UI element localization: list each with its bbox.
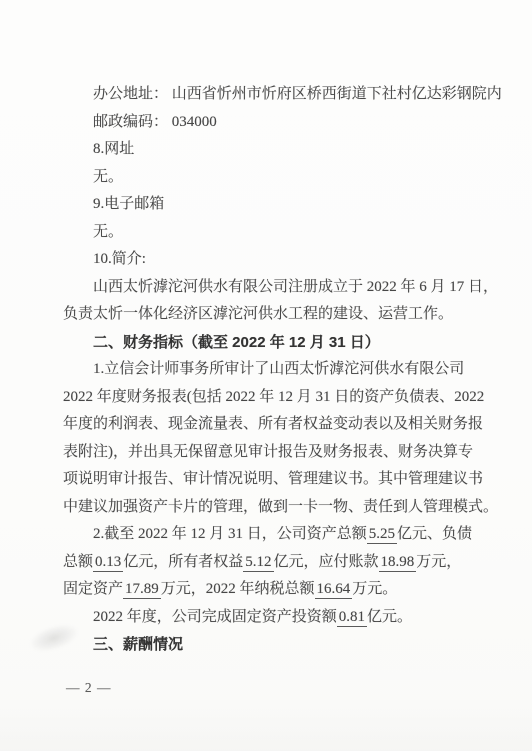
text-segment: 总额 bbox=[63, 554, 93, 570]
text-segment: 山西太忻滹沱河供水有限公司注册成立于 2022 年 6 月 17 日， bbox=[93, 279, 498, 295]
text-line: 无。 bbox=[63, 219, 469, 247]
text-segment: 2022 年度财务报表(包括 2022 年 12 月 31 日的资产负债表、20… bbox=[63, 389, 484, 405]
text-segment: 8.网址 bbox=[93, 141, 134, 157]
section-heading: 二、财务指标（截至 2022 年 12 月 31 日） bbox=[63, 329, 469, 357]
text-line: 1.立信会计师事务所审计了山西太忻滹沱河供水有限公司 bbox=[63, 356, 469, 384]
text-segment: 无。 bbox=[93, 224, 123, 240]
text-segment: 9.电子邮箱 bbox=[93, 196, 164, 212]
scanned-document-page: 办公地址： 山西省忻州市忻府区桥西街道下社村亿达彩钢院内邮政编码： 034000… bbox=[0, 0, 532, 751]
text-segment: 亿元。 bbox=[367, 609, 412, 625]
page-number: — 2 — bbox=[66, 678, 112, 698]
text-line: 10.简介: bbox=[63, 246, 469, 274]
text-line: 固定资产17.89万元，2022 年纳税总额16.64万元。 bbox=[63, 576, 469, 604]
text-segment: 中建议加强资产卡片的管理，做到一卡一物、责任到人管理模式。 bbox=[63, 499, 498, 515]
text-line: 2.截至 2022 年 12 月 31 日，公司资产总额5.25亿元、负债 bbox=[63, 521, 469, 549]
text-line: 邮政编码： 034000 bbox=[63, 109, 469, 137]
text-line: 山西太忻滹沱河供水有限公司注册成立于 2022 年 6 月 17 日， bbox=[63, 274, 469, 302]
underlined-figure: 0.81 bbox=[337, 609, 367, 627]
text-line: 总额0.13亿元，所有者权益5.12亿元，应付账款18.98万元， bbox=[63, 549, 469, 577]
text-segment: 无。 bbox=[93, 169, 123, 185]
text-line: 办公地址： 山西省忻州市忻府区桥西街道下社村亿达彩钢院内 bbox=[63, 81, 469, 109]
text-segment: 表附注)，并出具无保留意见审计报告及财务报表、财务决算专 bbox=[63, 444, 473, 460]
text-segment: 2.截至 2022 年 12 月 31 日，公司资产总额 bbox=[93, 526, 367, 542]
text-segment: 万元， bbox=[416, 554, 461, 570]
underlined-figure: 18.98 bbox=[379, 554, 417, 572]
text-segment: 亿元、负债 bbox=[397, 526, 472, 542]
text-line: 8.网址 bbox=[63, 136, 469, 164]
text-segment: 办公地址： 山西省忻州市忻府区桥西街道下社村亿达彩钢院内 bbox=[93, 86, 502, 102]
text-segment: 邮政编码： 034000 bbox=[93, 114, 217, 130]
document-body: 办公地址： 山西省忻州市忻府区桥西街道下社村亿达彩钢院内邮政编码： 034000… bbox=[63, 81, 469, 659]
underlined-figure: 5.25 bbox=[367, 526, 397, 544]
text-segment: 亿元，所有者权益 bbox=[123, 554, 243, 570]
underlined-figure: 0.13 bbox=[93, 554, 123, 572]
text-segment: 固定资产 bbox=[63, 581, 123, 597]
text-segment: 1.立信会计师事务所审计了山西太忻滹沱河供水有限公司 bbox=[93, 361, 464, 377]
text-line: 项说明审计报告、审计情况说明、管理建议书。其中管理建议书 bbox=[63, 466, 469, 494]
section-heading: 三、薪酬情况 bbox=[63, 631, 469, 659]
text-segment: 年度的利润表、现金流量表、所有者权益变动表以及相关财务报 bbox=[63, 416, 483, 432]
text-segment: 万元。 bbox=[352, 581, 397, 597]
text-segment: 负责太忻一体化经济区滹沱河供水工程的建设、运营工作。 bbox=[63, 306, 453, 322]
underlined-figure: 16.64 bbox=[315, 581, 353, 599]
text-segment: 万元，2022 年纳税总额 bbox=[161, 581, 315, 597]
underlined-figure: 5.12 bbox=[243, 554, 273, 572]
scan-edge-shade bbox=[0, 700, 532, 751]
text-line: 表附注)，并出具无保留意见审计报告及财务报表、财务决算专 bbox=[63, 439, 469, 467]
text-line: 9.电子邮箱 bbox=[63, 191, 469, 219]
text-line: 2022 年度财务报表(包括 2022 年 12 月 31 日的资产负债表、20… bbox=[63, 384, 469, 412]
text-segment: 亿元，应付账款 bbox=[274, 554, 379, 570]
text-segment: 10.简介: bbox=[93, 251, 146, 267]
text-segment: 2022 年度，公司完成固定资产投资额 bbox=[93, 609, 337, 625]
text-segment: 三、薪酬情况 bbox=[93, 636, 183, 653]
text-segment: 二、财务指标（截至 2022 年 12 月 31 日） bbox=[93, 334, 380, 351]
text-line: 负责太忻一体化经济区滹沱河供水工程的建设、运营工作。 bbox=[63, 301, 469, 329]
text-line: 2022 年度，公司完成固定资产投资额0.81亿元。 bbox=[63, 604, 469, 632]
text-segment: 项说明审计报告、审计情况说明、管理建议书。其中管理建议书 bbox=[63, 471, 483, 487]
text-line: 中建议加强资产卡片的管理，做到一卡一物、责任到人管理模式。 bbox=[63, 494, 469, 522]
text-line: 年度的利润表、现金流量表、所有者权益变动表以及相关财务报 bbox=[63, 411, 469, 439]
underlined-figure: 17.89 bbox=[123, 581, 161, 599]
text-line: 无。 bbox=[63, 164, 469, 192]
